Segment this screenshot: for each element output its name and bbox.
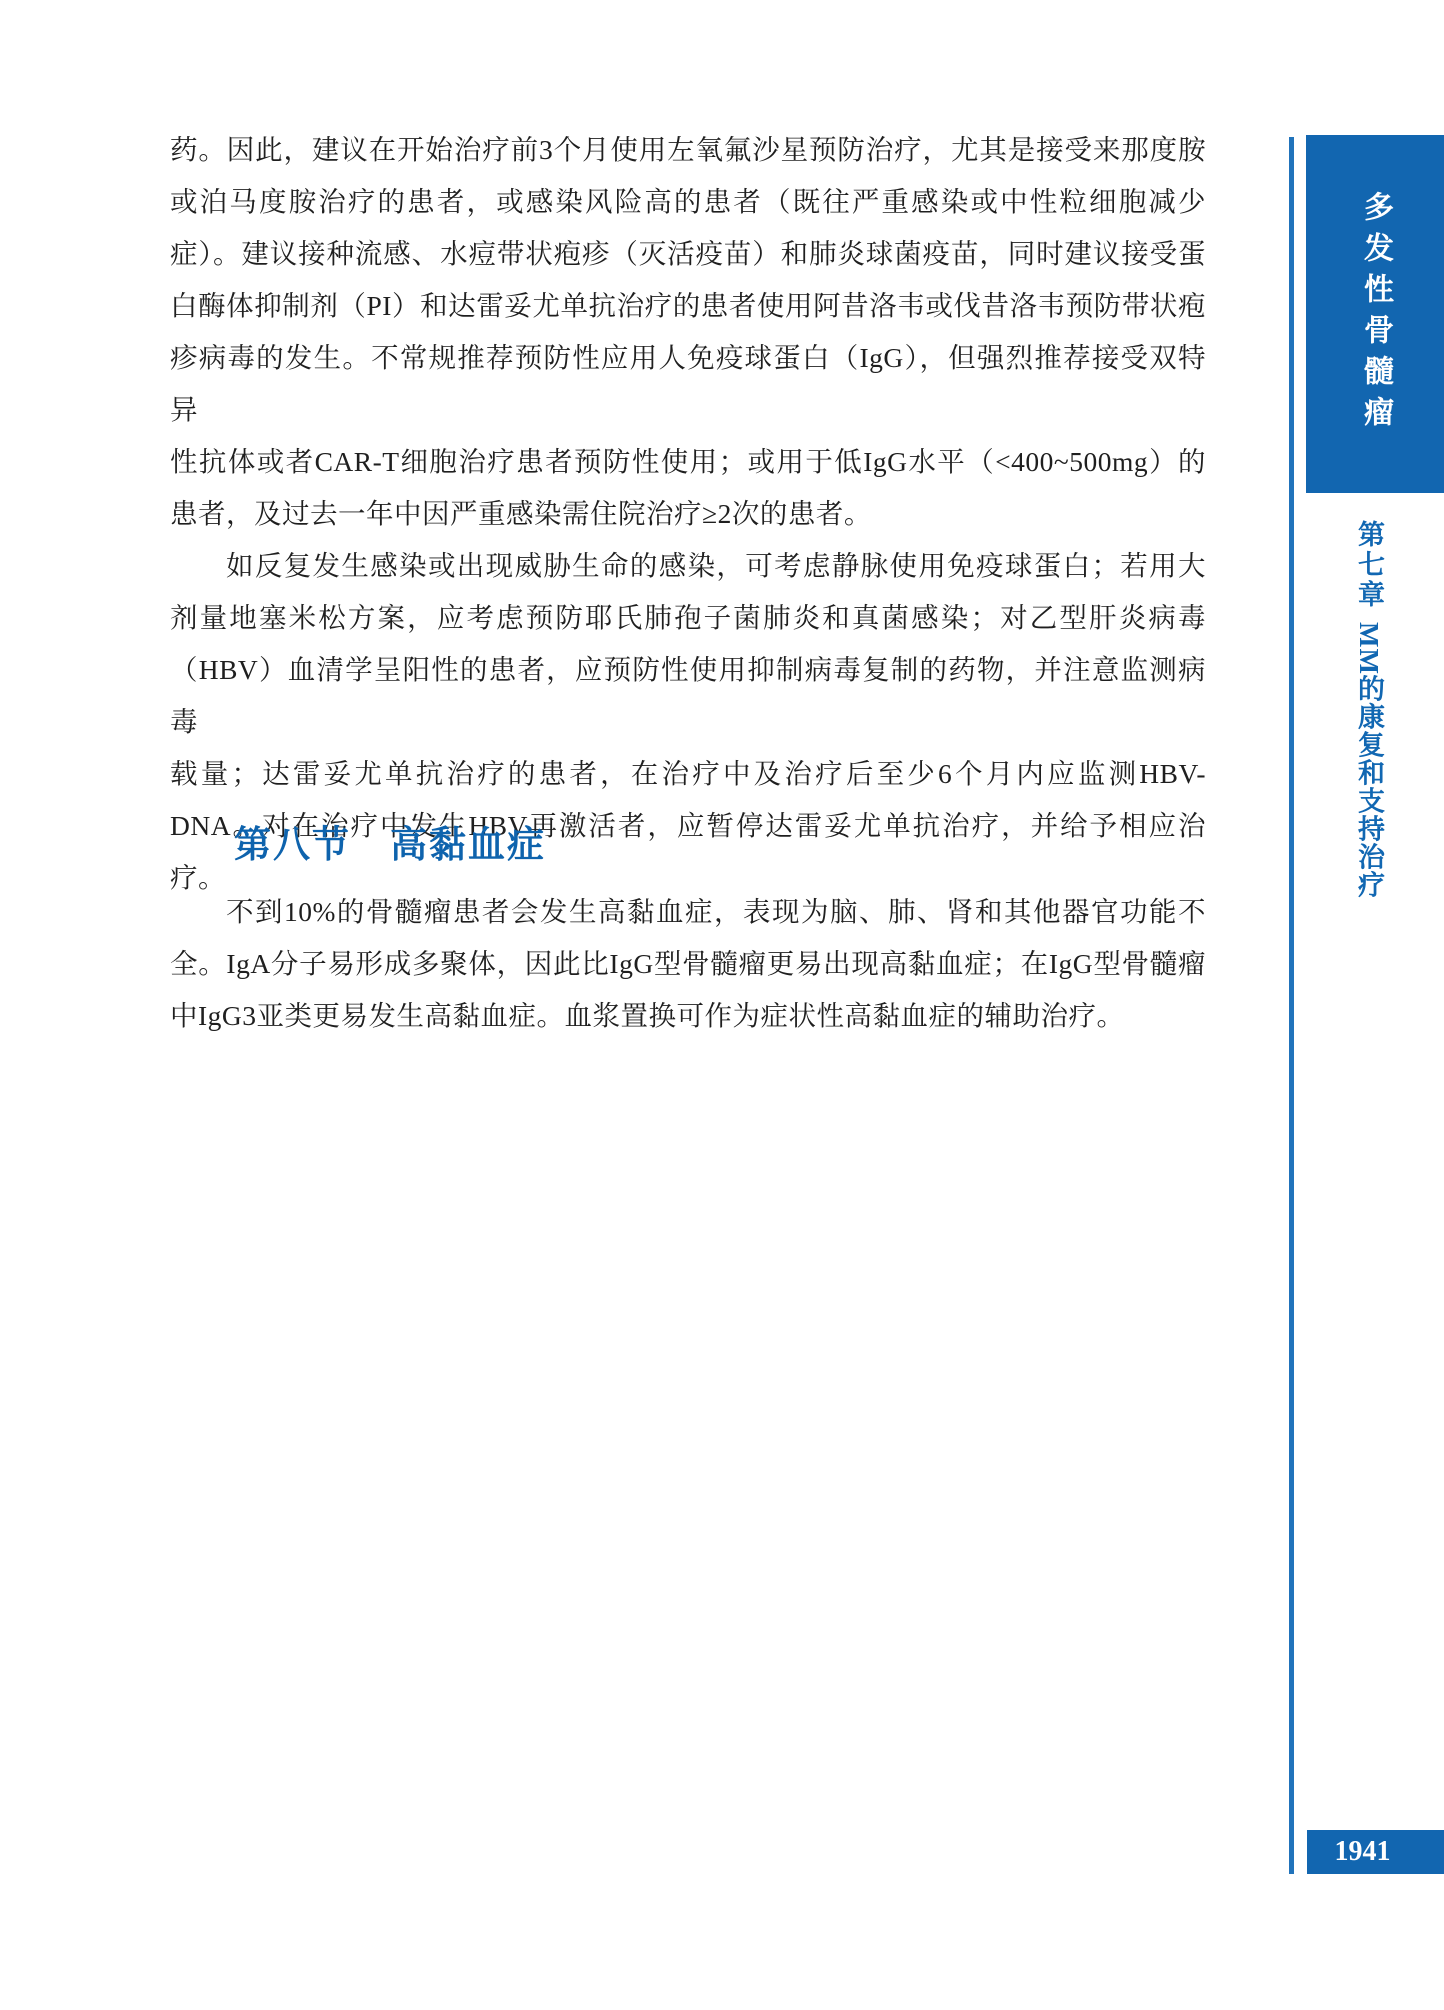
- body-text-line: 载量；达雷妥尤单抗治疗的患者，在治疗中及治疗后至少6个月内应监测HBV-: [170, 748, 1206, 800]
- body-text-line: 剂量地塞米松方案，应考虑预防耶氏肺孢子菌肺炎和真菌感染；对乙型肝炎病毒: [170, 592, 1206, 644]
- sidebar-title-box: 多发性骨髓瘤: [1306, 135, 1444, 493]
- body-text-line: （HBV）血清学呈阳性的患者，应预防性使用抑制病毒复制的药物，并注意监测病毒: [170, 644, 1206, 748]
- body-paragraphs: 药。因此，建议在开始治疗前3个月使用左氧氟沙星预防治疗，尤其是接受来那度胺 或泊…: [170, 124, 1206, 904]
- body-text-line: 疹病毒的发生。不常规推荐预防性应用人免疫球蛋白（IgG），但强烈推荐接受双特异: [170, 332, 1206, 436]
- body-text-line: 药。因此，建议在开始治疗前3个月使用左氧氟沙星预防治疗，尤其是接受来那度胺: [170, 124, 1206, 176]
- body-text-line: 如反复发生感染或出现威胁生命的感染，可考虑静脉使用免疫球蛋白；若用大: [170, 540, 1206, 592]
- sidebar-chapter-number: 第七章: [1350, 520, 1389, 610]
- body-text-line: 患者，及过去一年中因严重感染需住院治疗≥2次的患者。: [170, 488, 1206, 540]
- body-text-line: 或泊马度胺治疗的患者，或感染风险高的患者（既往严重感染或中性粒细胞减少: [170, 176, 1206, 228]
- body-text-line: 白酶体抑制剂（PI）和达雷妥尤单抗治疗的患者使用阿昔洛韦或伐昔洛韦预防带状疱: [170, 280, 1206, 332]
- sidebar-book-title: 多发性骨髓瘤: [1353, 191, 1397, 493]
- body-text-line: 性抗体或者CAR-T细胞治疗患者预防性使用；或用于低IgG水平（<400~500…: [170, 436, 1206, 488]
- book-page: 药。因此，建议在开始治疗前3个月使用左氧氟沙星预防治疗，尤其是接受来那度胺 或泊…: [0, 0, 1444, 2010]
- page-number: 1941: [1335, 1836, 1391, 1868]
- section-paragraph: 不到10%的骨髓瘤患者会发生高黏血症，表现为脑、肺、肾和其他器官功能不 全。Ig…: [170, 886, 1206, 1042]
- sidebar-rule: [1289, 137, 1294, 1874]
- page-number-badge: 1941: [1307, 1830, 1444, 1874]
- section-text-line: 全。IgA分子易形成多聚体，因此比IgG型骨髓瘤更易出现高黏血症；在IgG型骨髓…: [170, 938, 1206, 990]
- section-text-line: 中IgG3亚类更易发生高黏血症。血浆置换可作为症状性高黏血症的辅助治疗。: [170, 990, 1206, 1042]
- section-heading: 第八节 高黏血症: [234, 824, 546, 868]
- body-text-line: 症）。建议接种流感、水痘带状疱疹（灭活疫苗）和肺炎球菌疫苗，同时建议接受蛋: [170, 228, 1206, 280]
- section-text-line: 不到10%的骨髓瘤患者会发生高黏血症，表现为脑、肺、肾和其他器官功能不: [170, 886, 1206, 938]
- sidebar-chapter-title: MM的康复和支持治疗: [1350, 622, 1389, 899]
